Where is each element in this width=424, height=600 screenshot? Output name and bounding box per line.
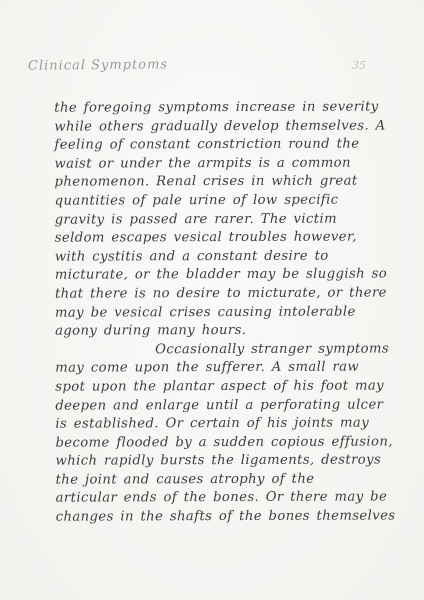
text-line: while others gradually develop themselve… (54, 117, 416, 137)
text-line: articular ends of the bones. Or there ma… (56, 489, 418, 509)
text-line: may be vesical crises causing intolerabl… (55, 303, 417, 323)
text-line: gravity is passed are rarer. The victim (55, 210, 417, 230)
text-line: may come upon the sufferer. A small raw (55, 359, 417, 379)
page-number: 35 (352, 59, 366, 72)
text-line: seldom escapes vesical troubles however, (55, 229, 417, 249)
text-line: that there is no desire to micturate, or… (55, 284, 417, 304)
manuscript-page: Clinical Symptoms 35 the foregoing sympt… (0, 0, 424, 600)
text-line: changes in the shafts of the bones thems… (56, 507, 418, 527)
text-line: feeling of constant constriction round t… (54, 136, 416, 156)
text-line: spot upon the plantar aspect of his foot… (55, 377, 417, 397)
page-title: Clinical Symptoms (28, 57, 168, 73)
paragraph-1: the foregoing symptoms increase in sever… (54, 98, 417, 341)
page-header: Clinical Symptoms 35 (28, 58, 398, 73)
text-line: quantities of pale urine of low specific (55, 191, 417, 211)
text-line: agony during many hours. (55, 321, 417, 341)
text-line: with cystitis and a constant desire to (55, 247, 417, 267)
text-line: phenomenon. Renal crises in which great (55, 173, 417, 193)
text-line: Occasionally stranger symptoms (55, 340, 417, 360)
text-line: which rapidly bursts the ligaments, dest… (55, 452, 417, 472)
text-line: the joint and causes atrophy of the (56, 470, 418, 490)
text-line: deepen and enlarge until a perforating u… (55, 396, 417, 416)
handwritten-text-block: the foregoing symptoms increase in sever… (54, 98, 417, 527)
paragraph-2: Occasionally stranger symptoms may come … (55, 340, 418, 527)
text-line: waist or under the armpits is a common (54, 154, 416, 174)
text-line: micturate, or the bladder may be sluggis… (55, 266, 417, 286)
text-line: the foregoing symptoms increase in sever… (54, 98, 416, 118)
text-line: is established. Or certain of his joints… (55, 414, 417, 434)
text-line: become flooded by a sudden copious effus… (55, 433, 417, 453)
